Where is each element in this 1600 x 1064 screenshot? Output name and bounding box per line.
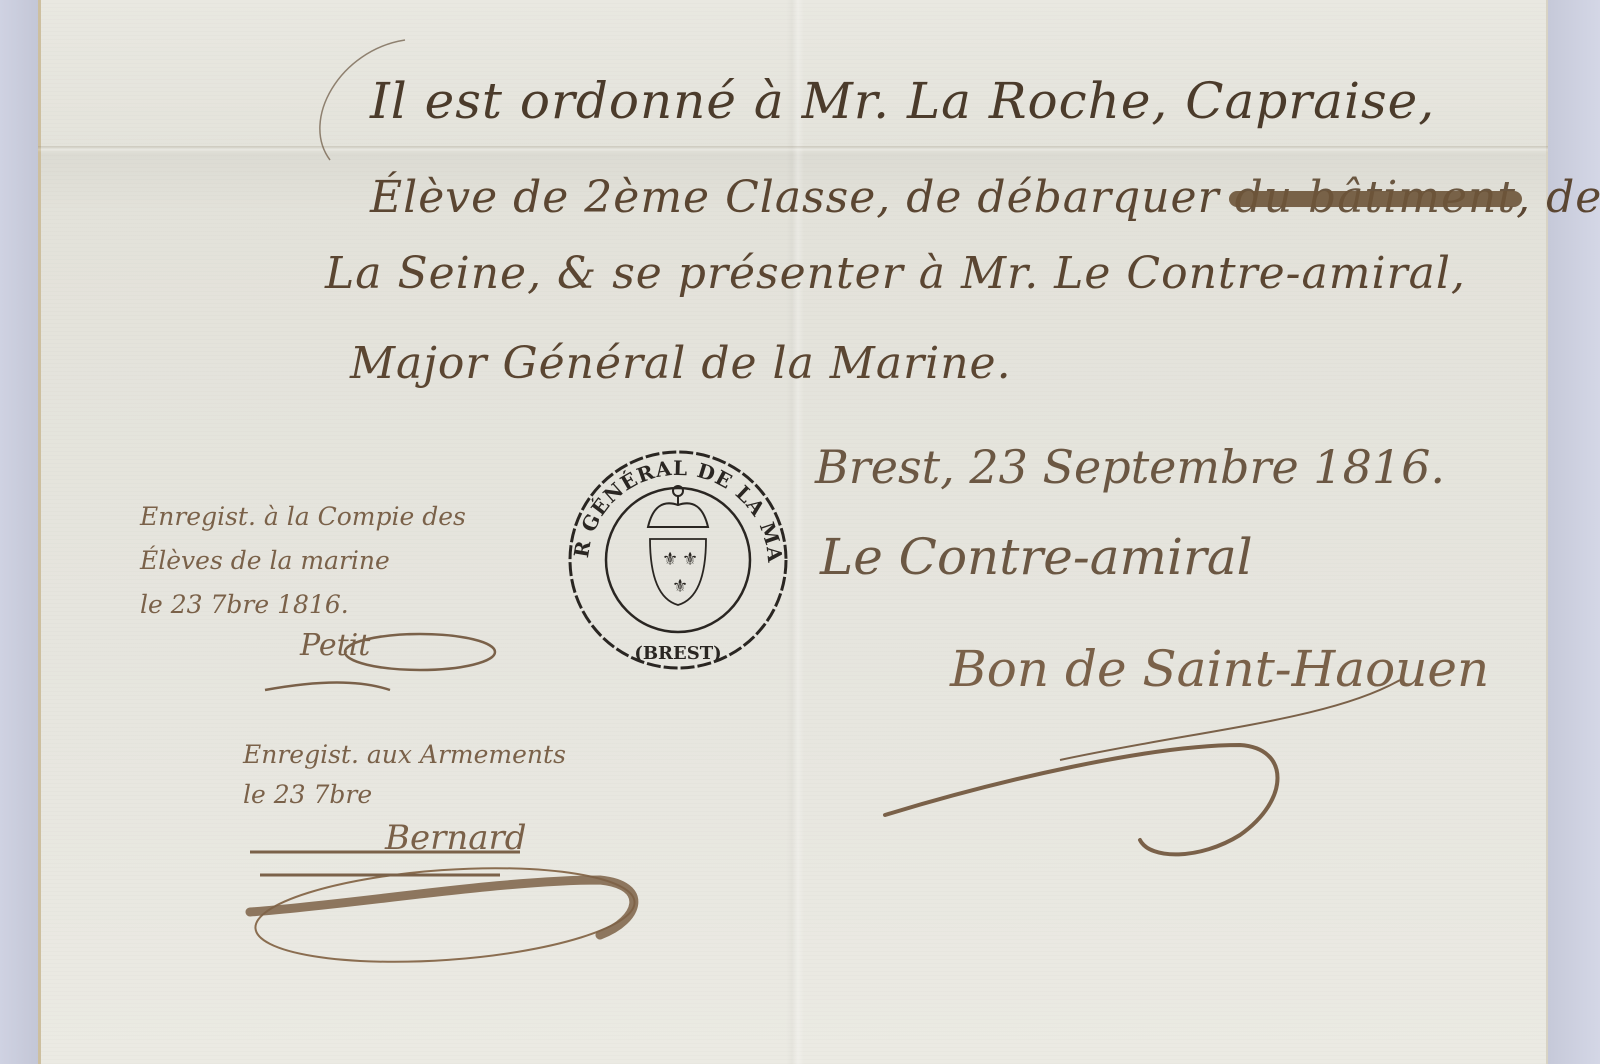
struck-word: du bâtiment — [1235, 172, 1516, 223]
body-line-2-end: de la flûte — [1546, 172, 1600, 223]
margin-note-1: Enregist. à la Compie des Élèves de la m… — [140, 495, 466, 627]
note2-line2: le 23 7bre — [243, 780, 372, 809]
stamp-inner-text: (BREST) — [634, 643, 721, 664]
main-signature: Bon de Saint-Haouen — [950, 640, 1489, 698]
body-line-2: Élève de 2ème Classe, de débarquer du bâ… — [370, 172, 1600, 223]
svg-text:⚜: ⚜ — [672, 576, 688, 597]
fleur-de-lis-shield-icon: ⚜ ⚜ ⚜ — [650, 539, 706, 605]
backdrop-right — [1545, 0, 1600, 1064]
backdrop-left — [0, 0, 40, 1064]
note1-line3: le 23 7bre 1816. — [140, 590, 349, 619]
signatory-title: Le Contre-amiral — [820, 528, 1253, 586]
stamp-outer-text: MAJOR GÉNÉRAL DE LA MARINE — [560, 447, 787, 564]
major-general-stamp: MAJOR GÉNÉRAL DE LA MARINE (BREST) ⚜ ⚜ ⚜ — [560, 447, 796, 672]
svg-text:⚜: ⚜ — [682, 549, 698, 570]
svg-text:⚜: ⚜ — [662, 549, 678, 570]
margin-signature-1: Petit — [300, 628, 370, 663]
margin-signature-2: Bernard — [385, 818, 527, 858]
body-line-4: Major Général de la Marine. — [350, 338, 1012, 389]
note1-line2: Élèves de la marine — [140, 546, 390, 575]
place-date: Brest, 23 Septembre 1816. — [815, 440, 1445, 494]
note2-line1: Enregist. aux Armements — [243, 740, 566, 769]
body-line-1: Il est ordonné à Mr. La Roche, Capraise, — [370, 72, 1435, 130]
body-line-2-text: Élève de 2ème Classe, de débarquer — [370, 172, 1220, 223]
margin-note-2: Enregist. aux Armements le 23 7bre — [243, 735, 566, 815]
horizontal-fold — [38, 146, 1548, 152]
body-line-3: La Seine, & se présenter à Mr. Le Contre… — [325, 248, 1466, 299]
note1-line1: Enregist. à la Compie des — [140, 502, 466, 531]
